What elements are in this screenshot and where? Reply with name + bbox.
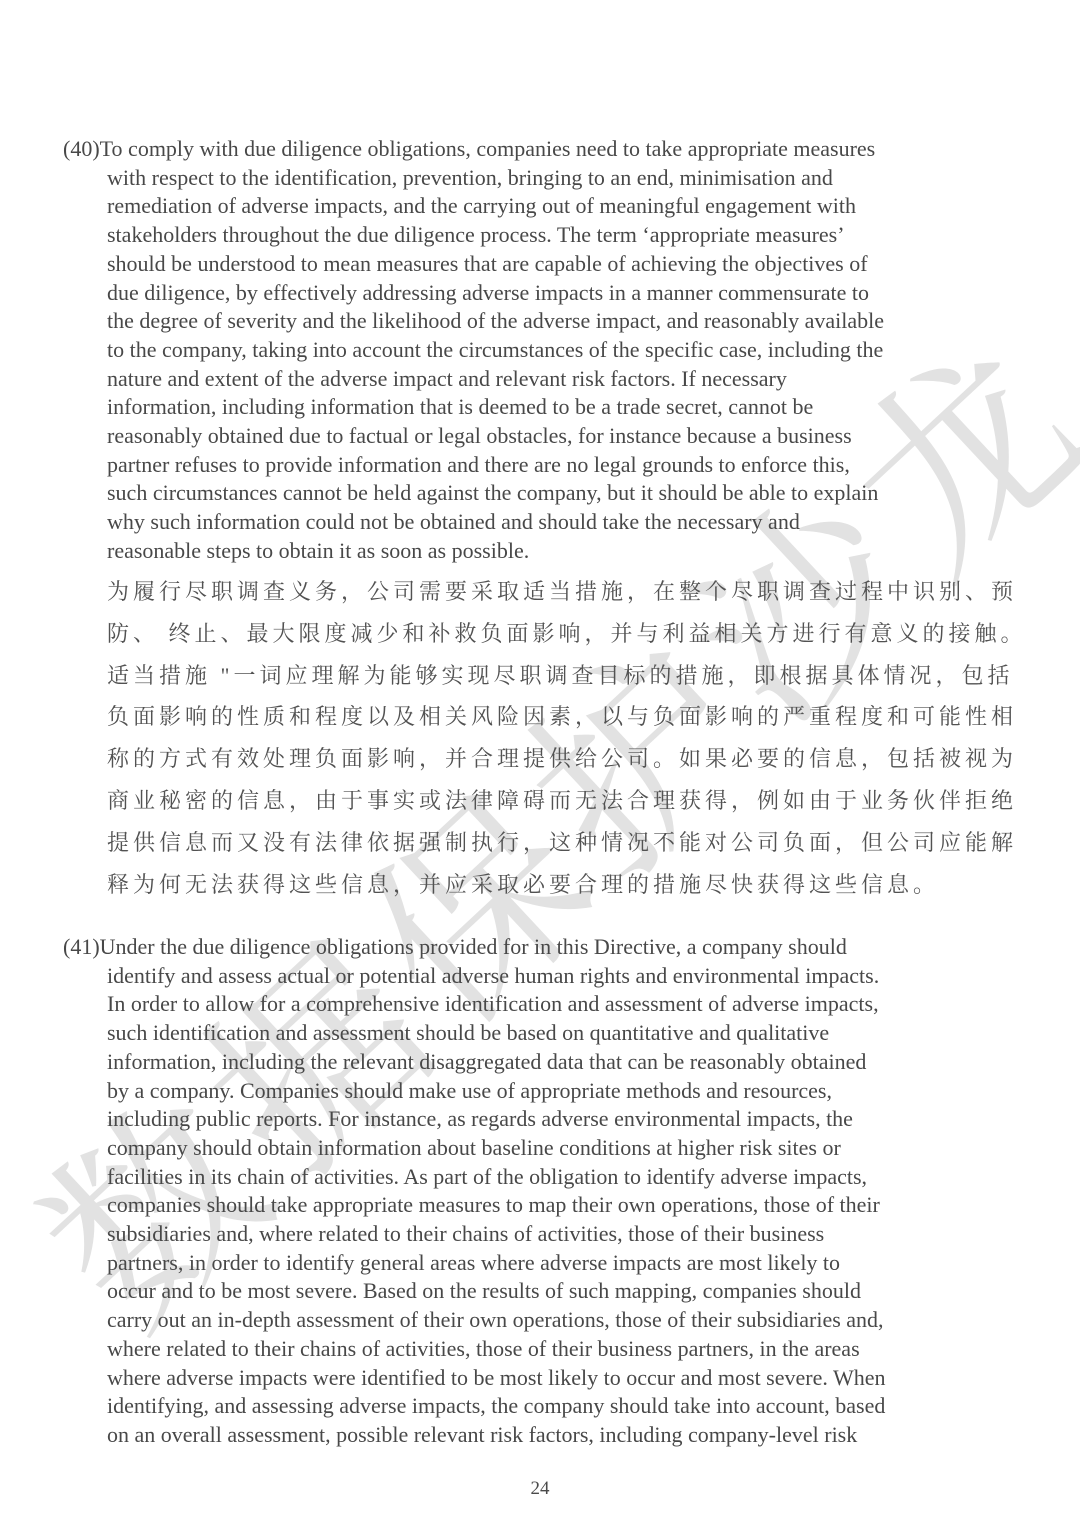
paragraph-40-english: (40)To comply with due diligence obligat… [63,135,884,566]
page-number: 24 [0,1478,1080,1500]
document-page: 数据保护沙龙 (40)To comply with due diligence … [0,0,1080,1527]
paragraph-40-chinese-translation: 为履行尽职调查义务，公司需要采取适当措施，在整个尽职调查过程中识别、预 防、 终… [107,571,1027,905]
paragraph-41-english: (41)Under the due diligence obligations … [63,933,886,1450]
